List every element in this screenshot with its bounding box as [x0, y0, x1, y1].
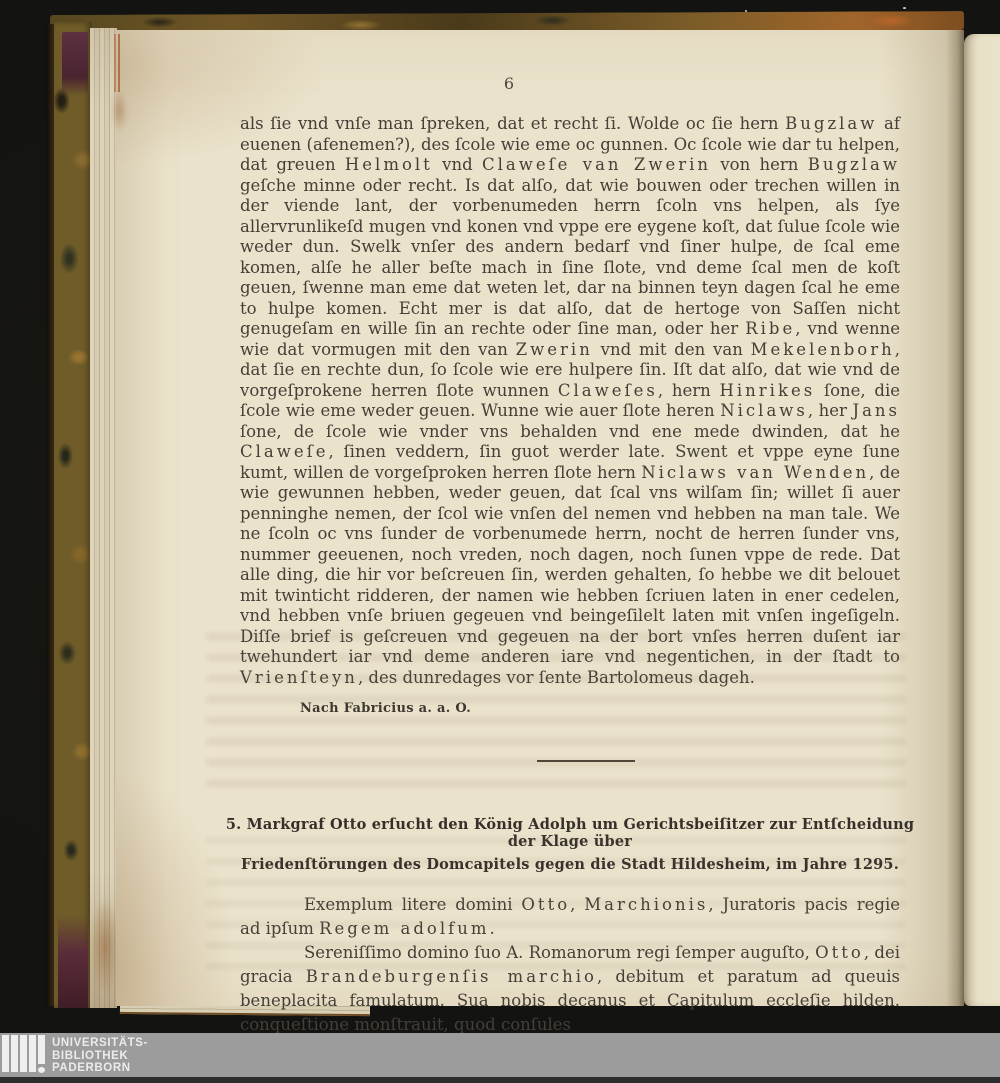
cover-maroon-patch-bottom — [58, 915, 88, 1008]
library-name-line1: UNIVERSITÄTS- — [52, 1037, 148, 1050]
marbled-cover-edge — [54, 22, 92, 1008]
section-divider-rule — [537, 760, 635, 762]
latin-text-paragraph-2: Sereniſſimo domino ſuo A. Romanorum regi… — [240, 941, 900, 1037]
page-edge-stain — [112, 88, 130, 134]
page-edge-mark — [114, 34, 122, 92]
document-heading-line1: 5. Markgraf Otto erſucht den König Adolp… — [224, 816, 916, 850]
book-page: 6 als ſie vnd vnſe man ſpreken, dat et r… — [116, 30, 964, 1006]
library-name-line3: PADERBORN — [52, 1062, 148, 1075]
document-heading-line2: Friedenſtörungen des Domcapitels gegen d… — [240, 856, 900, 873]
gutter-shadow — [946, 30, 966, 1006]
latin-text-paragraph-1: Exemplum litere domini Otto, Marchionis,… — [240, 893, 900, 941]
background: 6 als ſie vnd vnſe man ſpreken, dat et r… — [0, 0, 1000, 1083]
text-column: als ſie vnd vnſe man ſpreken, dat et rec… — [240, 30, 900, 1037]
document-heading: 5. Markgraf Otto erſucht den König Adolp… — [240, 816, 900, 873]
page-number: 6 — [494, 74, 524, 93]
source-citation: Nach Fabricius a. a. O. — [300, 701, 900, 716]
adjacent-page-edge — [964, 34, 1000, 1006]
dust-speck — [903, 7, 906, 9]
charter-text-paragraph: als ſie vnd vnſe man ſpreken, dat et rec… — [240, 114, 900, 688]
library-name-line2: BIBLIOTHEK — [52, 1050, 148, 1063]
latin-text-block: Exemplum litere domini Otto, Marchionis,… — [240, 893, 900, 1037]
cover-maroon-patch-top — [62, 32, 88, 96]
page-stack-edge — [90, 28, 117, 1008]
watermark-bar-bottom-edge — [0, 1077, 1000, 1083]
library-name: UNIVERSITÄTS- BIBLIOTHEK PADERBORN — [52, 1037, 148, 1075]
watermark-bar: UNIVERSITÄTS- BIBLIOTHEK PADERBORN — [0, 1033, 1000, 1077]
